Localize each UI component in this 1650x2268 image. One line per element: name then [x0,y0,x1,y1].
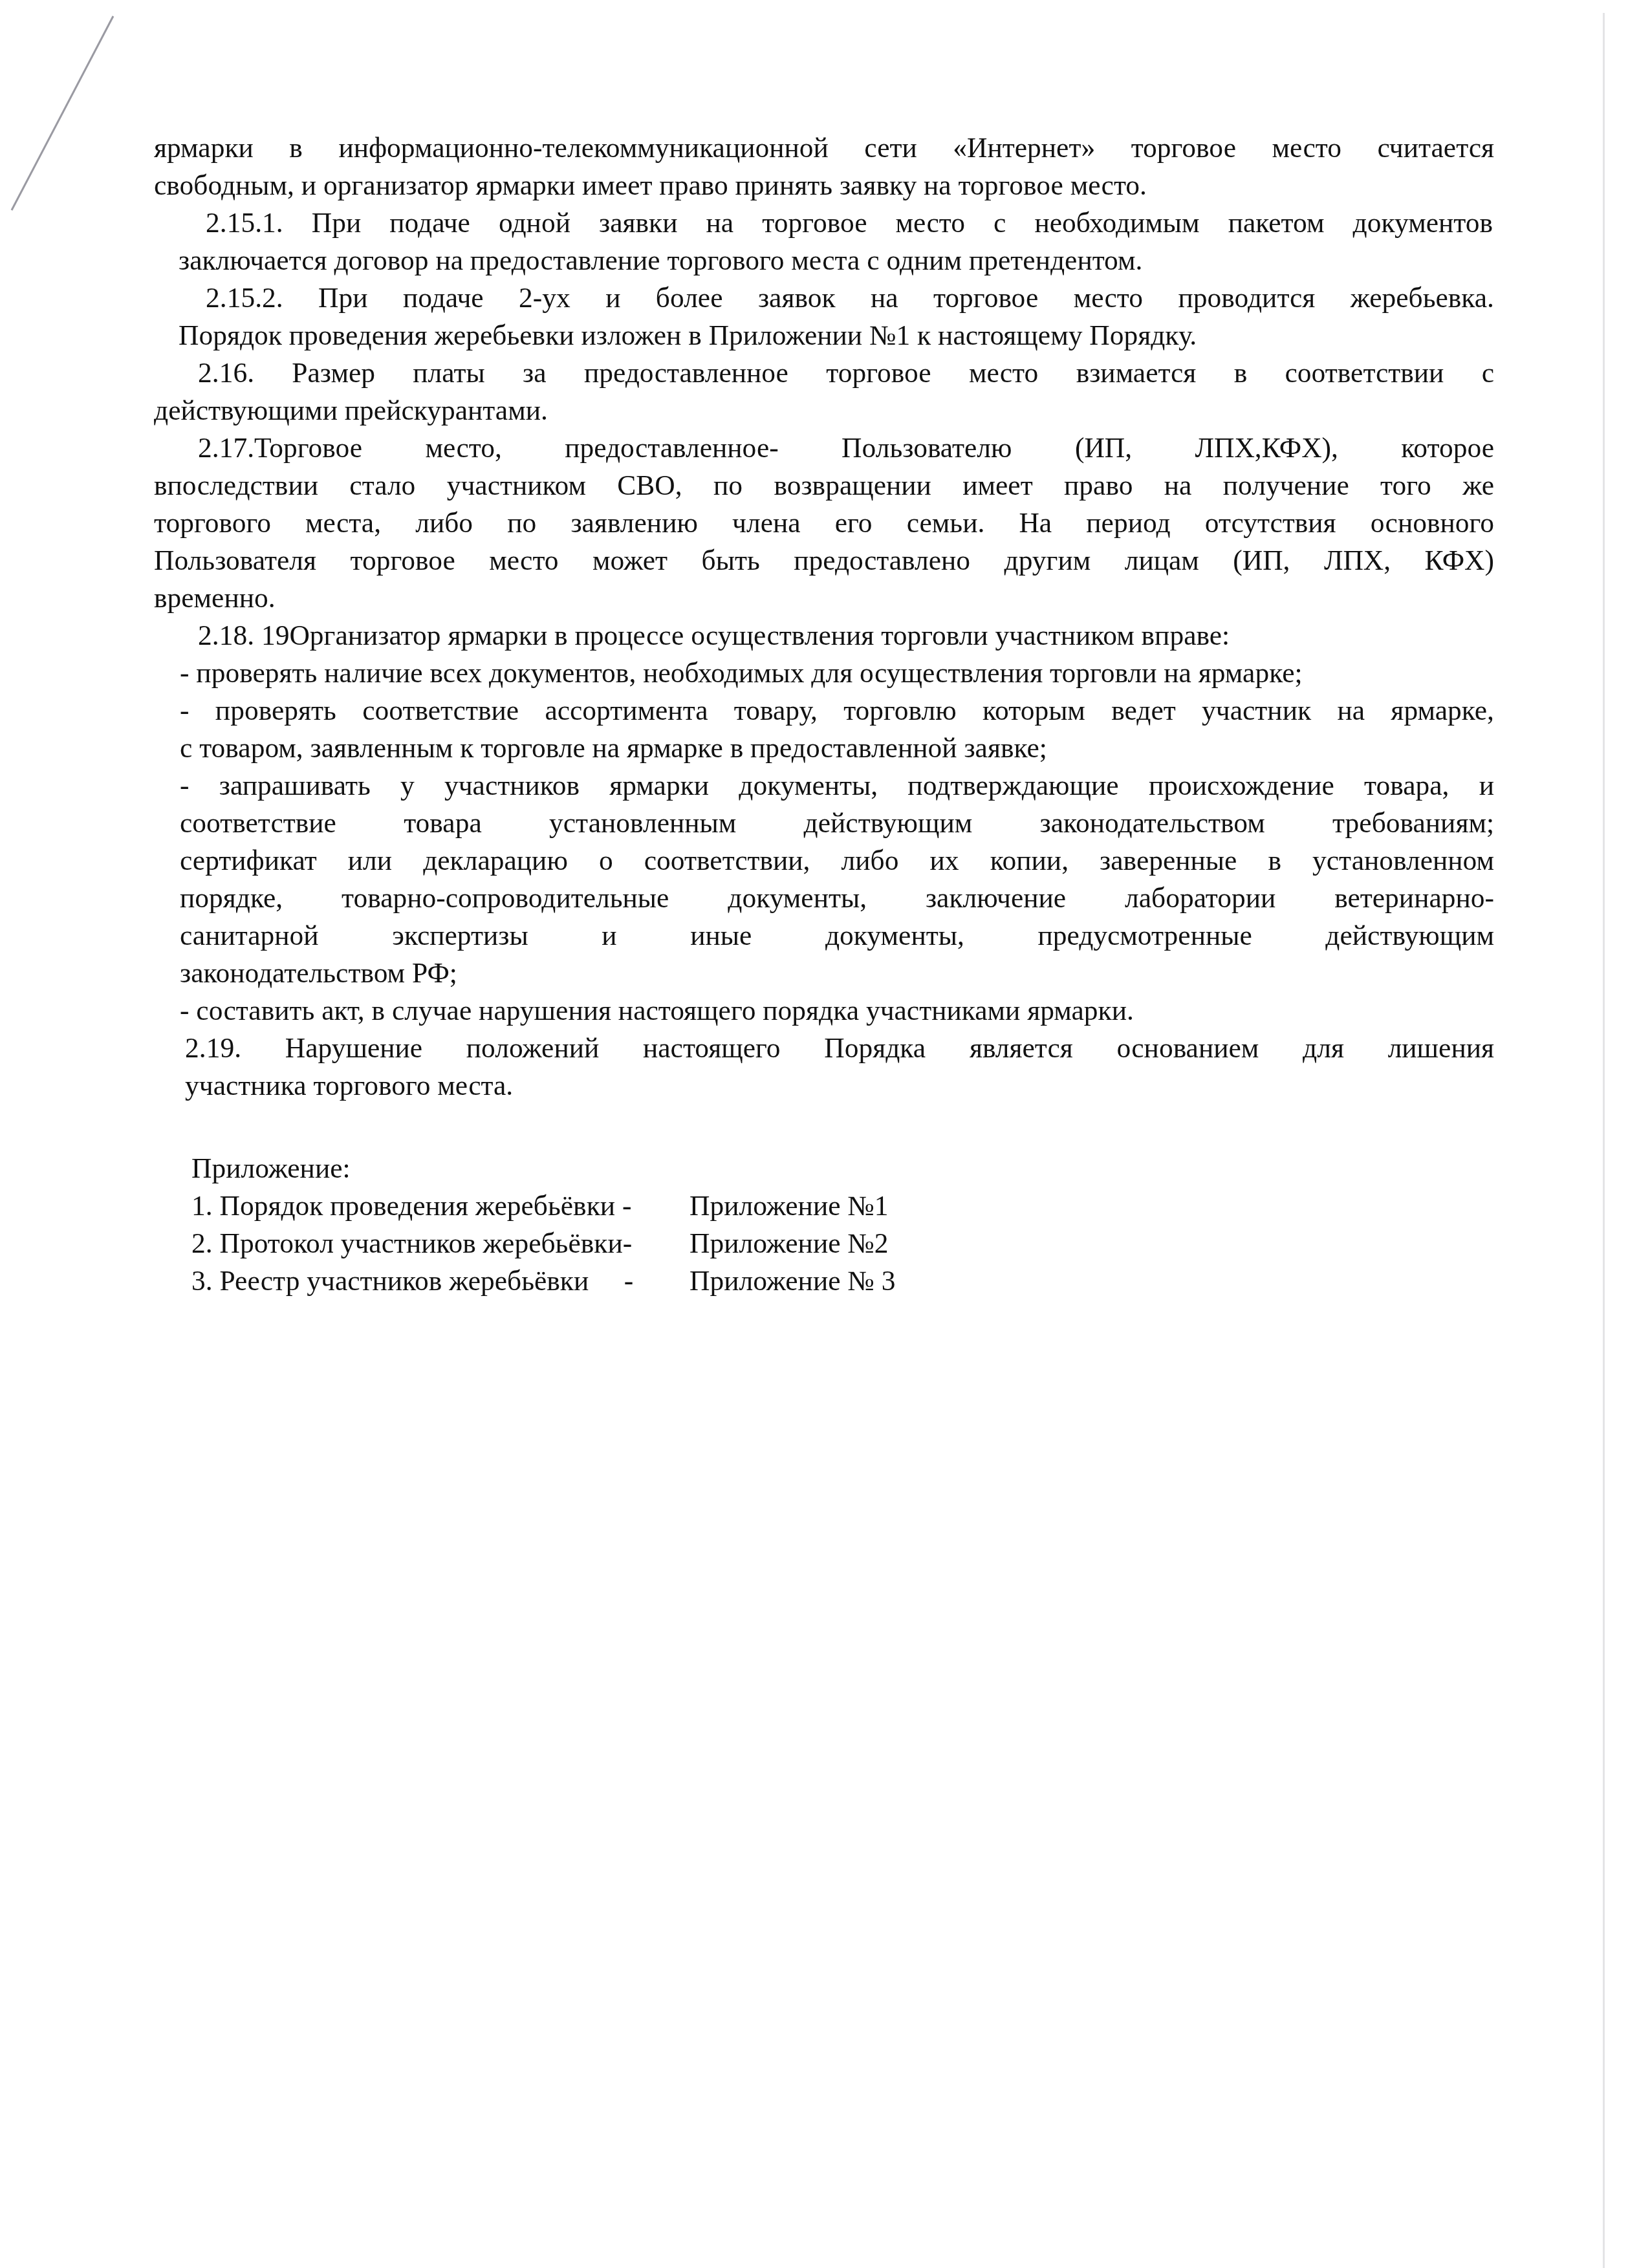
list-item-request-documents: - запрашивать у участников ярмарки докум… [180,767,1494,992]
paragraph-2-17: 2.17.Торговое место, предоставленное- По… [154,429,1494,617]
list-item-check-documents: - проверять наличие всех документов, нео… [180,654,1494,692]
paragraph-2-15-1: 2.15.1. При подаче одной заявки на торго… [154,204,1494,279]
annex-item: 1. Порядок проведения жеребьёвки - Прило… [191,1187,895,1225]
text-line: - проверять соответствие ассортимента то… [180,692,1494,729]
text-line: 2.16. Размер платы за предоставленное то… [198,354,1494,392]
text-line: временно. [154,579,1494,617]
text-line: впоследствии стало участником СВО, по во… [154,467,1494,504]
text-line: ярмарки в информационно-телекоммуникацио… [154,129,1494,167]
text-line: 2.15.2. При подаче 2-ух и более заявок н… [206,279,1494,317]
paragraph-continuation: ярмарки в информационно-телекоммуникацио… [154,129,1494,204]
text-line: порядке, товарно-сопроводительные докуме… [180,880,1494,917]
text-line: законодательством РФ; [180,955,1494,992]
text-line: заключается договор на предоставление то… [179,242,1494,279]
text-line: с товаром, заявленным к торговле на ярма… [180,729,1494,767]
annex-item-name: 2. Протокол участников жеребьёвки- [191,1225,689,1262]
paragraph-2-15-2: 2.15.2. При подаче 2-ух и более заявок н… [154,279,1494,354]
text-line: 2.18. 19Организатор ярмарки в процессе о… [198,617,1494,654]
scan-right-edge [1603,13,1605,2268]
text-line: соответствие товара установленным действ… [180,805,1494,842]
text-line: - проверять наличие всех документов, нео… [180,654,1494,692]
annex-item-name: 3. Реестр участников жеребьёвки - [191,1262,689,1300]
text-line: свободным, и организатор ярмарки имеет п… [154,167,1494,204]
text-line: торгового места, либо по заявлению члена… [154,504,1494,542]
text-line: 2.15.1. При подаче одной заявки на торго… [206,204,1493,242]
text-line: - составить акт, в случае нарушения наст… [180,992,1494,1030]
document-body: ярмарки в информационно-телекоммуникацио… [154,129,1494,1105]
text-line: 2.17.Торговое место, предоставленное- По… [198,429,1494,467]
annex-item: 2. Протокол участников жеребьёвки- Прило… [191,1225,895,1262]
paragraph-2-16: 2.16. Размер платы за предоставленное то… [154,354,1494,429]
annex-item-ref: Приложение №2 [689,1225,889,1262]
annex-item-ref: Приложение № 3 [689,1262,895,1300]
text-line: Пользователя торговое место может быть п… [154,542,1494,579]
text-line: 2.19. Нарушение положений настоящего Пор… [185,1030,1494,1067]
text-line: сертификат или декларацию о соответствии… [180,842,1494,880]
text-line: Порядок проведения жеребьевки изложен в … [179,317,1494,354]
text-line: - запрашивать у участников ярмарки докум… [180,767,1494,805]
annex-item: 3. Реестр участников жеребьёвки - Прилож… [191,1262,895,1300]
text-line: санитарной экспертизы и иные документы, … [180,917,1494,955]
paragraph-2-19: 2.19. Нарушение положений настоящего Пор… [185,1030,1494,1105]
text-line: участника торгового места. [185,1067,1494,1105]
text-line: действующими прейскурантами. [154,392,1494,429]
annex-item-name: 1. Порядок проведения жеребьёвки - [191,1187,689,1225]
paragraph-2-18: 2.18. 19Организатор ярмарки в процессе о… [154,617,1494,654]
list-item-draw-act: - составить акт, в случае нарушения наст… [180,992,1494,1030]
annex-list: Приложение: 1. Порядок проведения жеребь… [191,1150,895,1300]
annex-title: Приложение: [191,1150,895,1187]
list-item-check-assortment: - проверять соответствие ассортимента то… [180,692,1494,767]
annex-item-ref: Приложение №1 [689,1187,889,1225]
